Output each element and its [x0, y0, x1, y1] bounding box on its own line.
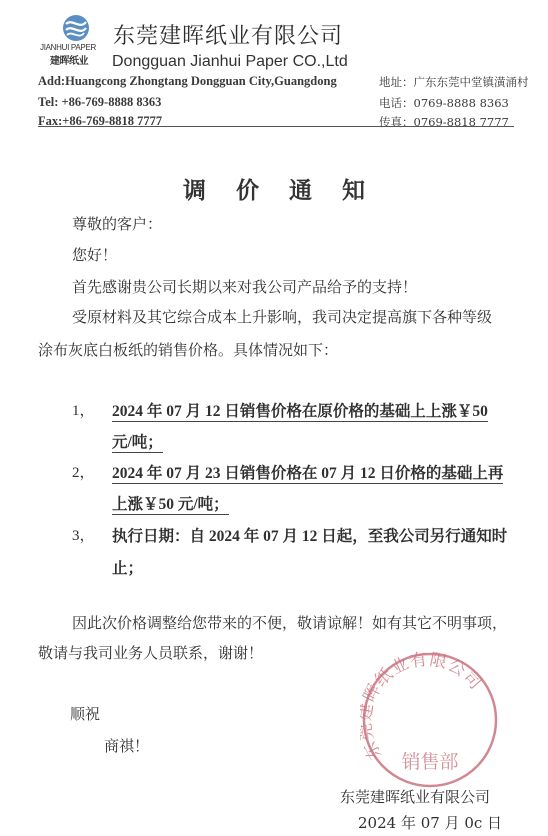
- item-3-line2: 止；: [112, 556, 143, 578]
- logo-text-en: JIANHUI PAPER: [40, 43, 96, 52]
- stamp-center-text: 销售部: [401, 751, 458, 773]
- header-divider: [38, 126, 514, 127]
- item-2-line1: 2024 年 07 月 23 日销售价格在 07 月 12 日价格的基础上再: [112, 465, 503, 484]
- intro-paragraph: 首先感谢贵公司长期以来对我公司产品给予的支持！: [72, 276, 417, 297]
- item-1-number: 1，: [72, 399, 95, 420]
- tel-cn: 电话：0769-8888 8363: [379, 95, 509, 111]
- page-title: 调 价 通 知: [0, 172, 548, 205]
- regards-line2: 商祺！: [104, 735, 149, 756]
- item-3-line1: 执行日期：自 2024 年 07 月 12 日起，至我公司另行通知时: [112, 524, 507, 546]
- stamp-ring-text: 东莞建晖纸业有限公司: [360, 650, 486, 762]
- salutation: 尊敬的客户：: [72, 213, 162, 234]
- signature-company: 东莞建晖纸业有限公司: [340, 786, 490, 807]
- company-name-cn: 东莞建晖纸业有限公司: [113, 19, 343, 50]
- company-name-en: Dongguan Jianhui Paper CO.,Ltd: [112, 53, 348, 71]
- fax-cn: 传真：0769-8818 7777: [379, 114, 509, 130]
- regards-line1: 顺祝: [70, 703, 100, 724]
- company-logo-icon: [62, 14, 90, 42]
- item-1-line2: 元/吨；: [112, 434, 163, 453]
- item-1-line1: 2024 年 07 月 12 日销售价格在原价格的基础上上涨￥50: [112, 403, 488, 422]
- address-cn: 地址：广东东莞中堂镇潢涌村: [379, 74, 529, 90]
- closing-line2: 敬请与我司业务人员联系，谢谢！: [38, 642, 263, 663]
- reason-paragraph-line2: 涂布灰底白板纸的销售价格。具体情况如下：: [38, 339, 338, 360]
- signature-date: 2024 年 07 月 0с 日: [358, 812, 502, 833]
- svg-text:东莞建晖纸业有限公司: 东莞建晖纸业有限公司: [360, 650, 486, 762]
- item-3-number: 3，: [72, 524, 95, 545]
- tel-en: Tel: +86-769-8888 8363: [38, 95, 161, 110]
- reason-paragraph-line1: 受原材料及其它综合成本上升影响，我司决定提高旗下各种等级: [72, 306, 492, 327]
- greeting: 您好！: [72, 244, 117, 265]
- logo-text-cn: 建晖纸业: [50, 52, 88, 67]
- company-seal-stamp: 东莞建晖纸业有限公司 销售部: [360, 650, 500, 790]
- item-2-number: 2，: [72, 461, 95, 482]
- closing-line1: 因此次价格调整给您带来的不便，敬请谅解！如有其它不明事项，: [72, 612, 507, 633]
- address-en: Add:Huangcong Zhongtang Dongguan City,Gu…: [38, 74, 337, 89]
- item-2-line2: 上涨￥50 元/吨；: [112, 496, 229, 515]
